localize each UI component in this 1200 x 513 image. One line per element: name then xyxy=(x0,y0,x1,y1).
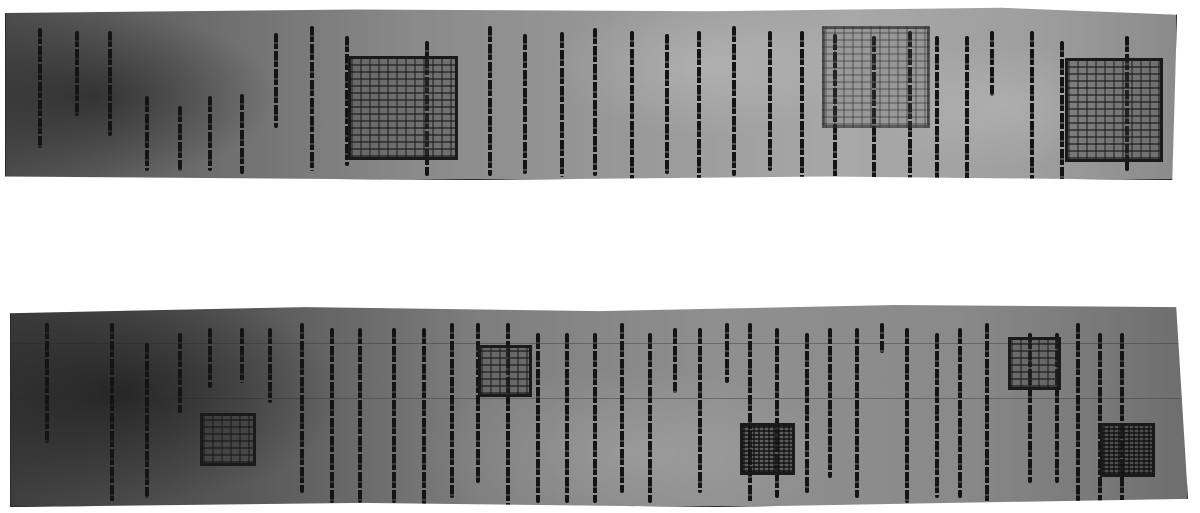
script-column xyxy=(768,31,772,171)
script-column xyxy=(985,323,989,503)
script-column xyxy=(268,328,272,403)
paper-fold-line xyxy=(10,398,1188,399)
script-column xyxy=(593,333,597,503)
script-column xyxy=(697,31,701,180)
script-column xyxy=(208,328,212,388)
script-column xyxy=(422,328,426,507)
script-column xyxy=(392,328,396,503)
script-column xyxy=(110,323,114,503)
script-column xyxy=(1098,333,1102,503)
script-column xyxy=(300,323,304,493)
script-column xyxy=(240,94,244,174)
script-column xyxy=(648,333,652,503)
script-column xyxy=(958,328,962,498)
script-column xyxy=(1076,323,1080,503)
script-column xyxy=(358,328,362,503)
script-column xyxy=(1120,333,1124,503)
script-column xyxy=(965,36,969,180)
script-column xyxy=(880,323,884,353)
script-column xyxy=(565,333,569,503)
script-column xyxy=(732,26,736,176)
script-column xyxy=(1060,41,1064,180)
manuscript-scroll-top xyxy=(5,6,1177,180)
script-column xyxy=(935,333,939,498)
script-column xyxy=(990,31,994,96)
script-column xyxy=(725,323,729,383)
script-column xyxy=(536,333,540,503)
script-column xyxy=(560,32,564,177)
script-column xyxy=(108,31,112,136)
seal-stamp xyxy=(478,345,532,397)
script-column xyxy=(698,328,702,493)
script-column xyxy=(620,323,624,493)
script-column xyxy=(855,328,859,498)
seal-stamp xyxy=(740,423,795,475)
script-column xyxy=(673,328,677,393)
script-column xyxy=(630,31,634,180)
script-column xyxy=(145,96,149,171)
script-column xyxy=(45,323,49,443)
seal-stamp xyxy=(1100,423,1155,477)
script-column xyxy=(75,31,79,116)
script-column xyxy=(805,333,809,493)
script-column xyxy=(145,343,149,498)
script-column xyxy=(593,28,597,176)
script-column xyxy=(330,328,334,503)
seal-stamp xyxy=(822,26,930,128)
seal-stamp xyxy=(348,56,458,160)
script-column xyxy=(274,33,278,128)
manuscript-scroll-bottom xyxy=(10,303,1188,507)
seal-stamp xyxy=(200,413,256,466)
script-column xyxy=(523,34,527,174)
seal-stamp xyxy=(1008,337,1061,390)
script-column xyxy=(208,96,212,171)
script-column xyxy=(38,28,42,148)
script-column xyxy=(905,328,909,503)
script-column xyxy=(310,26,314,171)
script-column xyxy=(178,106,182,171)
seal-stamp xyxy=(1065,58,1163,162)
script-column xyxy=(828,328,832,478)
script-column xyxy=(240,328,244,383)
script-column xyxy=(1030,31,1034,180)
script-column xyxy=(488,26,492,176)
script-column xyxy=(178,333,182,413)
script-column xyxy=(748,323,752,503)
script-column xyxy=(665,34,669,174)
script-column xyxy=(800,31,804,180)
script-column xyxy=(935,36,939,180)
script-column xyxy=(450,323,454,498)
